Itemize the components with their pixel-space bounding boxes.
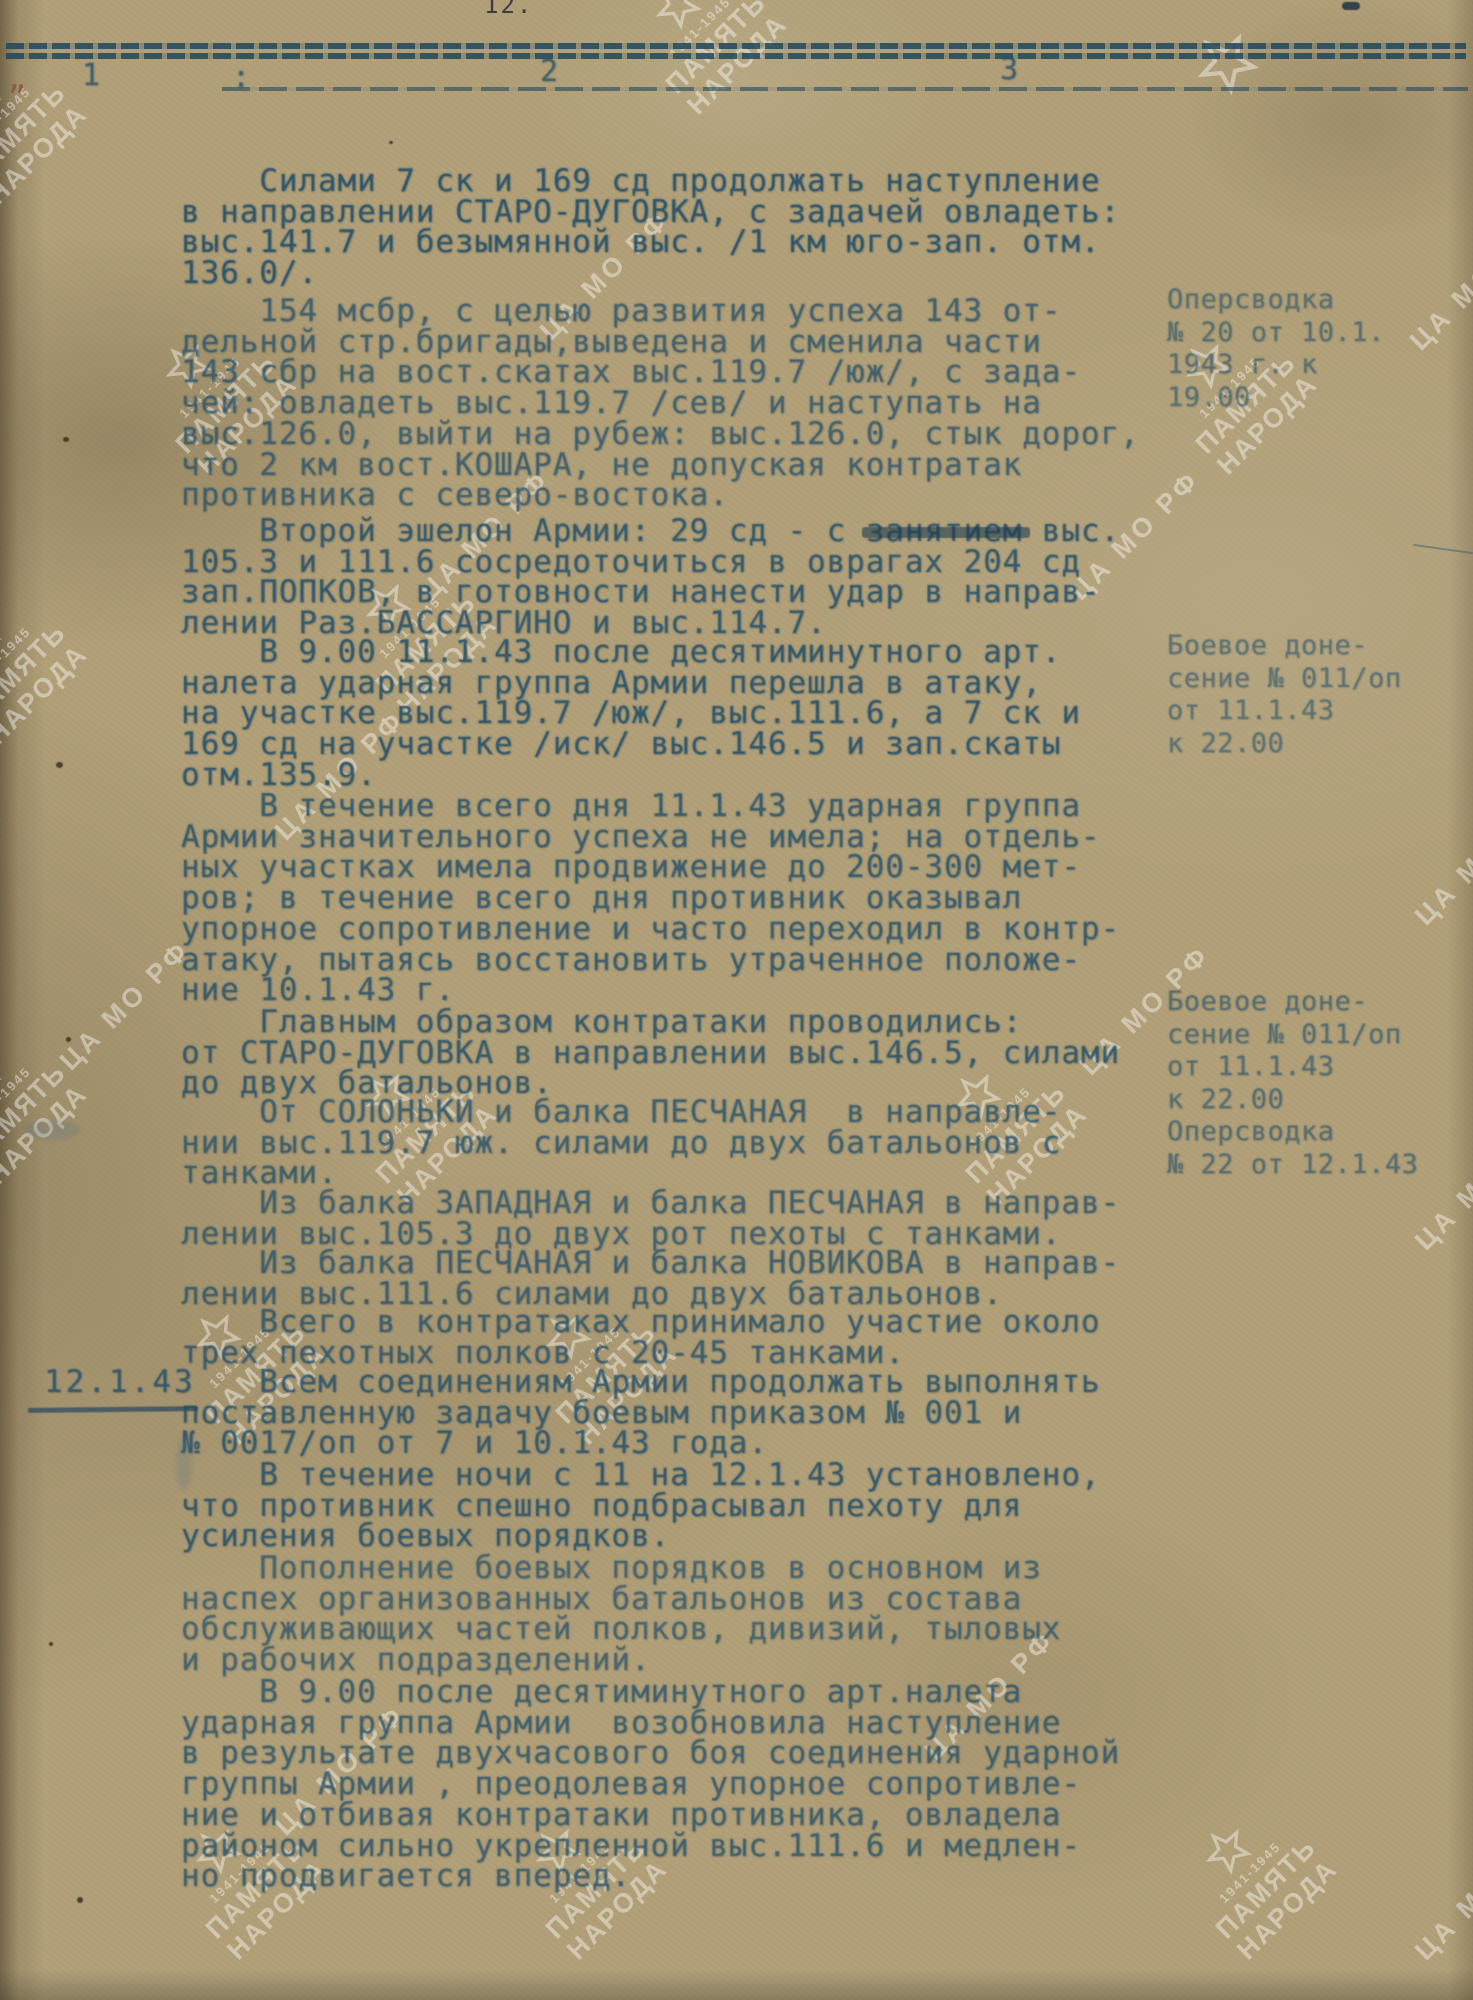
- paper-speck: [49, 1642, 53, 1646]
- margin-note: Оперсводка № 20 от 10.1. 1943 г. к 19.00: [1167, 284, 1467, 414]
- body-paragraph: Всем соединениям Армии продолжать выполн…: [181, 1367, 1161, 1459]
- ink-smudge: [25, 1120, 80, 1140]
- body-paragraph: Всего в контратаках принимало участие ок…: [181, 1307, 1161, 1368]
- margin-note: Боевое доне- сение № 011/оп от 11.1.43 к…: [1167, 630, 1467, 760]
- body-paragraph: Силами 7 ск и 169 сд продолжать наступле…: [181, 166, 1161, 289]
- body-paragraph: В 9.00 после десятиминутного арт.налета …: [181, 1677, 1161, 1892]
- paper-speck: [389, 141, 393, 144]
- body-paragraph: В 9.00 11.1.43 после десятиминутного арт…: [181, 637, 1161, 791]
- body-paragraph: В течение ночи с 11 на 12.1.43 установле…: [181, 1460, 1161, 1552]
- ink-blot: [1342, 2, 1360, 10]
- body-paragraph: Главным образом контратаки проводились: …: [181, 1007, 1161, 1099]
- body-paragraph: В течение всего дня 11.1.43 ударная груп…: [181, 791, 1161, 1006]
- body-paragraph: 154 мсбр, с целью развития успеха 143 от…: [181, 296, 1161, 511]
- paper-speck: [66, 1037, 71, 1042]
- paper-speck: [63, 437, 69, 442]
- body-paragraph: Пополнение боевых порядков в основном из…: [181, 1553, 1161, 1676]
- ink-overstrike: [862, 527, 1030, 538]
- body-paragraph: От СОЛОНЬКИ и балка ПЕСЧАНАЯ в направле-…: [181, 1097, 1161, 1189]
- paper-speck: [56, 762, 63, 768]
- margin-date: 12.1.43: [44, 1364, 196, 1400]
- margin-note: Боевое доне- сение № 011/оп от 11.1.43 к…: [1167, 986, 1467, 1181]
- body-paragraph: Из балка ПЕСЧАНАЯ и балка НОВИКОВА в нап…: [181, 1248, 1161, 1309]
- ink-smudge: [176, 1438, 192, 1490]
- paper-speck: [77, 1897, 83, 1903]
- body-paragraph: Из балка ЗАПАДНАЯ и балка ПЕСЧАНАЯ в нап…: [181, 1188, 1161, 1249]
- scanned-page: 1941-1945 ПАМЯТЬ НАРОДА 1941-1945 ПАМЯТЬ…: [0, 0, 1473, 2000]
